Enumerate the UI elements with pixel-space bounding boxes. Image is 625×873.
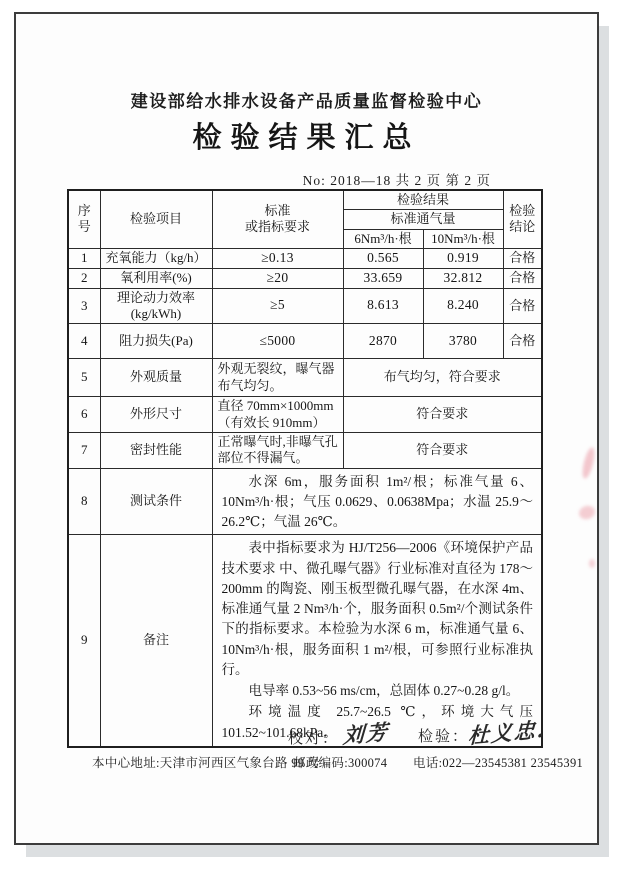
row6-standard: 直径 70mm×1000mm （有效长 910mm） <box>212 397 343 433</box>
row7-item: 密封性能 <box>100 433 212 469</box>
table-row: 2 氧利用率(%) ≥20 33.659 32.812 合格 <box>68 268 542 288</box>
remark-paragraph-2: 电导率 0.53~56 ms/cm，总固体 0.27~0.28 g/l。 <box>222 681 534 701</box>
row3-conclusion: 合格 <box>503 288 542 324</box>
row4-item: 阻力损失(Pa) <box>100 324 212 359</box>
org-title: 建设部给水排水设备产品质量监督检验中心 <box>16 87 597 112</box>
col-header-conclusion: 检验 结论 <box>503 190 542 248</box>
row4-result1: 2870 <box>343 324 423 359</box>
table-row: 6 外形尺寸 直径 70mm×1000mm （有效长 910mm） 符合要求 <box>68 397 542 433</box>
col-header-item: 检验项目 <box>100 190 212 248</box>
row5-item: 外观质量 <box>100 359 212 397</box>
row1-conclusion: 合格 <box>503 248 542 268</box>
col-header-flow1: 6Nm³/h·根 <box>343 229 423 248</box>
center-address: 本中心地址:天津市河西区气象台路 99 号 <box>92 753 321 771</box>
scanned-report-page: 建设部给水排水设备产品质量监督检验中心 检验结果汇总 No: 2018—18 共… <box>14 12 599 845</box>
row6-result: 符合要求 <box>343 397 542 433</box>
footer-contact-line: 本中心地址:天津市河西区气象台路 99 号 邮政编码:300074 电话:022… <box>16 753 597 773</box>
postal-code: 邮政编码:300074 <box>293 753 387 771</box>
row2-result2: 32.812 <box>423 268 503 288</box>
row8-no: 8 <box>68 468 100 535</box>
row2-standard: ≥20 <box>212 268 343 288</box>
inspector-label: 检验： <box>418 725 469 746</box>
table-row: 3 理论动力效率 (kg/kWh) ≥5 8.613 8.240 合格 <box>68 288 542 324</box>
red-ink-mark <box>577 504 596 521</box>
row3-result2: 8.240 <box>423 288 503 324</box>
red-ink-mark <box>580 446 596 479</box>
proofreader-signature: 刘芳 <box>342 716 389 750</box>
row3-item: 理论动力效率 (kg/kWh) <box>100 288 212 324</box>
row1-item: 充氧能力（kg/h） <box>100 248 212 268</box>
row9-item: 备注 <box>100 535 212 747</box>
row7-standard: 正常曝气时,非曝气孔部位不得漏气。 <box>212 433 343 469</box>
row5-standard: 外观无裂纹，曝气器布气均匀。 <box>212 359 343 397</box>
test-conditions-text: 水深 6m，服务面积 1m²/根；标准气量 6、10Nm³/h·根；气压 0.0… <box>222 472 534 533</box>
row1-result2: 0.919 <box>423 248 503 268</box>
row8-item: 测试条件 <box>100 468 212 535</box>
table-row: 4 阻力损失(Pa) ≤5000 2870 3780 合格 <box>68 324 542 359</box>
row1-no: 1 <box>68 248 100 268</box>
report-number: No: 2018—18 共 2 页 第 2 页 <box>16 169 597 189</box>
inspector-signature: 杜义忠. <box>467 713 547 750</box>
signature-line: 校对： 刘芳 检验： 杜义忠. <box>16 717 597 757</box>
red-ink-mark <box>589 559 595 568</box>
row3-result1: 8.613 <box>343 288 423 324</box>
row9-remarks: 表中指标要求为 HJ/T256—2006《环境保护产品技术要求 中、微孔曝气器》… <box>212 535 542 747</box>
row9-no: 9 <box>68 535 100 747</box>
col-header-result: 检验结果 <box>343 190 503 210</box>
row7-no: 7 <box>68 433 100 469</box>
row2-no: 2 <box>68 268 100 288</box>
row6-item: 外形尺寸 <box>100 397 212 433</box>
row3-no: 3 <box>68 288 100 324</box>
row8-test-conditions: 水深 6m，服务面积 1m²/根；标准气量 6、10Nm³/h·根；气压 0.0… <box>212 468 542 535</box>
page-title: 检验结果汇总 <box>16 115 597 156</box>
results-table-wrapper: 序 号 检验项目 标准 或指标要求 检验结果 检验 结论 标准通气量 6Nm³/… <box>67 189 543 748</box>
remark-paragraph-1: 表中指标要求为 HJ/T256—2006《环境保护产品技术要求 中、微孔曝气器》… <box>222 538 534 680</box>
row4-result2: 3780 <box>423 324 503 359</box>
row5-result: 布气均匀，符合要求 <box>343 359 542 397</box>
col-header-standard: 标准 或指标要求 <box>212 190 343 248</box>
col-header-flow2: 10Nm³/h·根 <box>423 229 503 248</box>
row4-no: 4 <box>68 324 100 359</box>
row2-result1: 33.659 <box>343 268 423 288</box>
row2-conclusion: 合格 <box>503 268 542 288</box>
col-header-no: 序 号 <box>68 190 100 248</box>
row1-standard: ≥0.13 <box>212 248 343 268</box>
row4-standard: ≤5000 <box>212 324 343 359</box>
phone-numbers: 电话:022—23545381 23545391 <box>413 753 583 771</box>
row2-item: 氧利用率(%) <box>100 268 212 288</box>
row1-result1: 0.565 <box>343 248 423 268</box>
results-table: 序 号 检验项目 标准 或指标要求 检验结果 检验 结论 标准通气量 6Nm³/… <box>67 189 543 748</box>
row4-conclusion: 合格 <box>503 324 542 359</box>
table-row: 7 密封性能 正常曝气时,非曝气孔部位不得漏气。 符合要求 <box>68 433 542 469</box>
table-row: 1 充氧能力（kg/h） ≥0.13 0.565 0.919 合格 <box>68 248 542 268</box>
table-row: 5 外观质量 外观无裂纹，曝气器布气均匀。 布气均匀，符合要求 <box>68 359 542 397</box>
table-row: 9 备注 表中指标要求为 HJ/T256—2006《环境保护产品技术要求 中、微… <box>68 535 542 747</box>
row5-no: 5 <box>68 359 100 397</box>
row6-no: 6 <box>68 397 100 433</box>
proofreader-label: 校对： <box>288 727 339 748</box>
col-header-airflow: 标准通气量 <box>343 210 503 229</box>
table-row: 8 测试条件 水深 6m，服务面积 1m²/根；标准气量 6、10Nm³/h·根… <box>68 468 542 535</box>
row3-standard: ≥5 <box>212 288 343 324</box>
row7-result: 符合要求 <box>343 433 542 469</box>
header-row-1: 序 号 检验项目 标准 或指标要求 检验结果 检验 结论 <box>68 190 542 210</box>
